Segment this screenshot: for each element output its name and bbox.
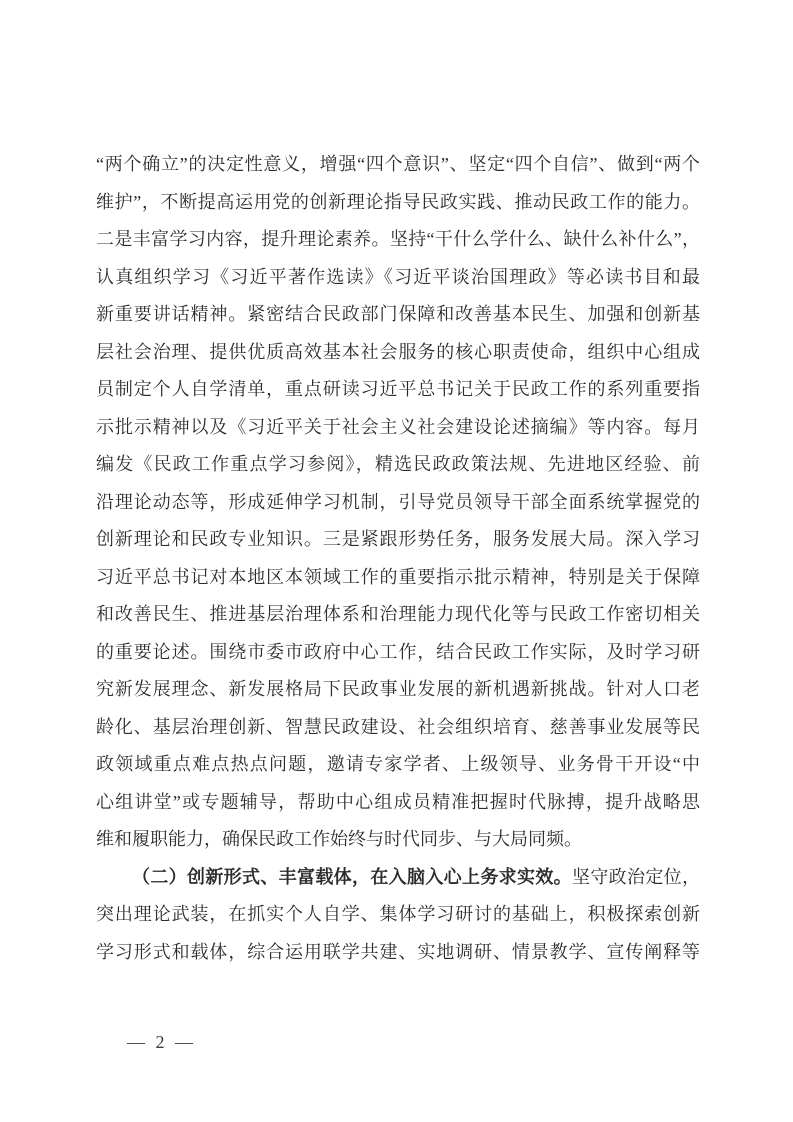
text-line: 学习形式和载体，综合运用联学共建、实地调研、情景教学、宣传阐释等 bbox=[96, 934, 700, 972]
text-line: 新重要讲话精神。紧密结合民政部门保障和改善基本民生、加强和创新基 bbox=[96, 296, 700, 334]
text-line: 究新发展理念、新发展格局下民政事业发展的新机遇新挑战。针对人口老 bbox=[96, 671, 700, 709]
text-line: 员制定个人自学清单，重点研读习近平总书记关于民政工作的系列重要指 bbox=[96, 371, 700, 409]
document-body: “两个确立”的决定性意义，增强“四个意识”、坚定“四个自信”、做到“两个 维护”… bbox=[96, 146, 700, 971]
text-line: 习近平总书记对本地区本领域工作的重要指示批示精神，特别是关于保障 bbox=[96, 559, 700, 597]
text-line: 创新理论和民政专业知识。三是紧跟形势任务，服务发展大局。深入学习 bbox=[96, 521, 700, 559]
text-line: 示批示精神以及《习近平关于社会主义社会建设论述摘编》等内容。每月 bbox=[96, 409, 700, 447]
text-line: 龄化、基层治理创新、智慧民政建设、社会组织培育、慈善事业发展等民 bbox=[96, 709, 700, 747]
text-line: 政领域重点难点热点问题，邀请专家学者、上级领导、业务骨干开设“中 bbox=[96, 746, 700, 784]
text-line: “两个确立”的决定性意义，增强“四个意识”、坚定“四个自信”、做到“两个 bbox=[96, 146, 700, 184]
text-line: 编发《民政工作重点学习参阅》，精选民政政策法规、先进地区经验、前 bbox=[96, 446, 700, 484]
text-line: 二是丰富学习内容，提升理论素养。坚持“干什么学什么、缺什么补什么”， bbox=[96, 221, 700, 259]
text-line: 维护”，不断提高运用党的创新理论指导民政实践、推动民政工作的能力。 bbox=[96, 184, 700, 222]
text-line: 层社会治理、提供优质高效基本社会服务的核心职责使命，组织中心组成 bbox=[96, 334, 700, 372]
paragraph-2: （二）创新形式、丰富载体，在入脑入心上务求实效。坚守政治定位， 突出理论武装，在… bbox=[96, 859, 700, 972]
page-number: — 2 — bbox=[127, 1030, 196, 1054]
text-line-section-heading: （二）创新形式、丰富载体，在入脑入心上务求实效。坚守政治定位， bbox=[96, 859, 700, 897]
section-heading-bold: （二）创新形式、丰富载体，在入脑入心上务求实效。 bbox=[132, 867, 572, 887]
text-line: 和改善民生、推进基层治理体系和治理能力现代化等与民政工作密切相关 bbox=[96, 596, 700, 634]
paragraph-1: “两个确立”的决定性意义，增强“四个意识”、坚定“四个自信”、做到“两个 维护”… bbox=[96, 146, 700, 859]
text-line: 的重要论述。围绕市委市政府中心工作，结合民政工作实际，及时学习研 bbox=[96, 634, 700, 672]
text-line: 突出理论武装，在抓实个人自学、集体学习研讨的基础上，积极探索创新 bbox=[96, 896, 700, 934]
section-heading-tail: 坚守政治定位， bbox=[572, 867, 700, 887]
text-line: 沿理论动态等，形成延伸学习机制，引导党员领导干部全面系统掌握党的 bbox=[96, 484, 700, 522]
text-line: 心组讲堂”或专题辅导，帮助中心组成员精准把握时代脉搏，提升战略思 bbox=[96, 784, 700, 822]
document-page: “两个确立”的决定性意义，增强“四个意识”、坚定“四个自信”、做到“两个 维护”… bbox=[0, 0, 793, 1122]
text-line: 认真组织学习《习近平著作选读》《习近平谈治国理政》等必读书目和最 bbox=[96, 259, 700, 297]
text-line: 维和履职能力，确保民政工作始终与时代同步、与大局同频。 bbox=[96, 821, 700, 859]
